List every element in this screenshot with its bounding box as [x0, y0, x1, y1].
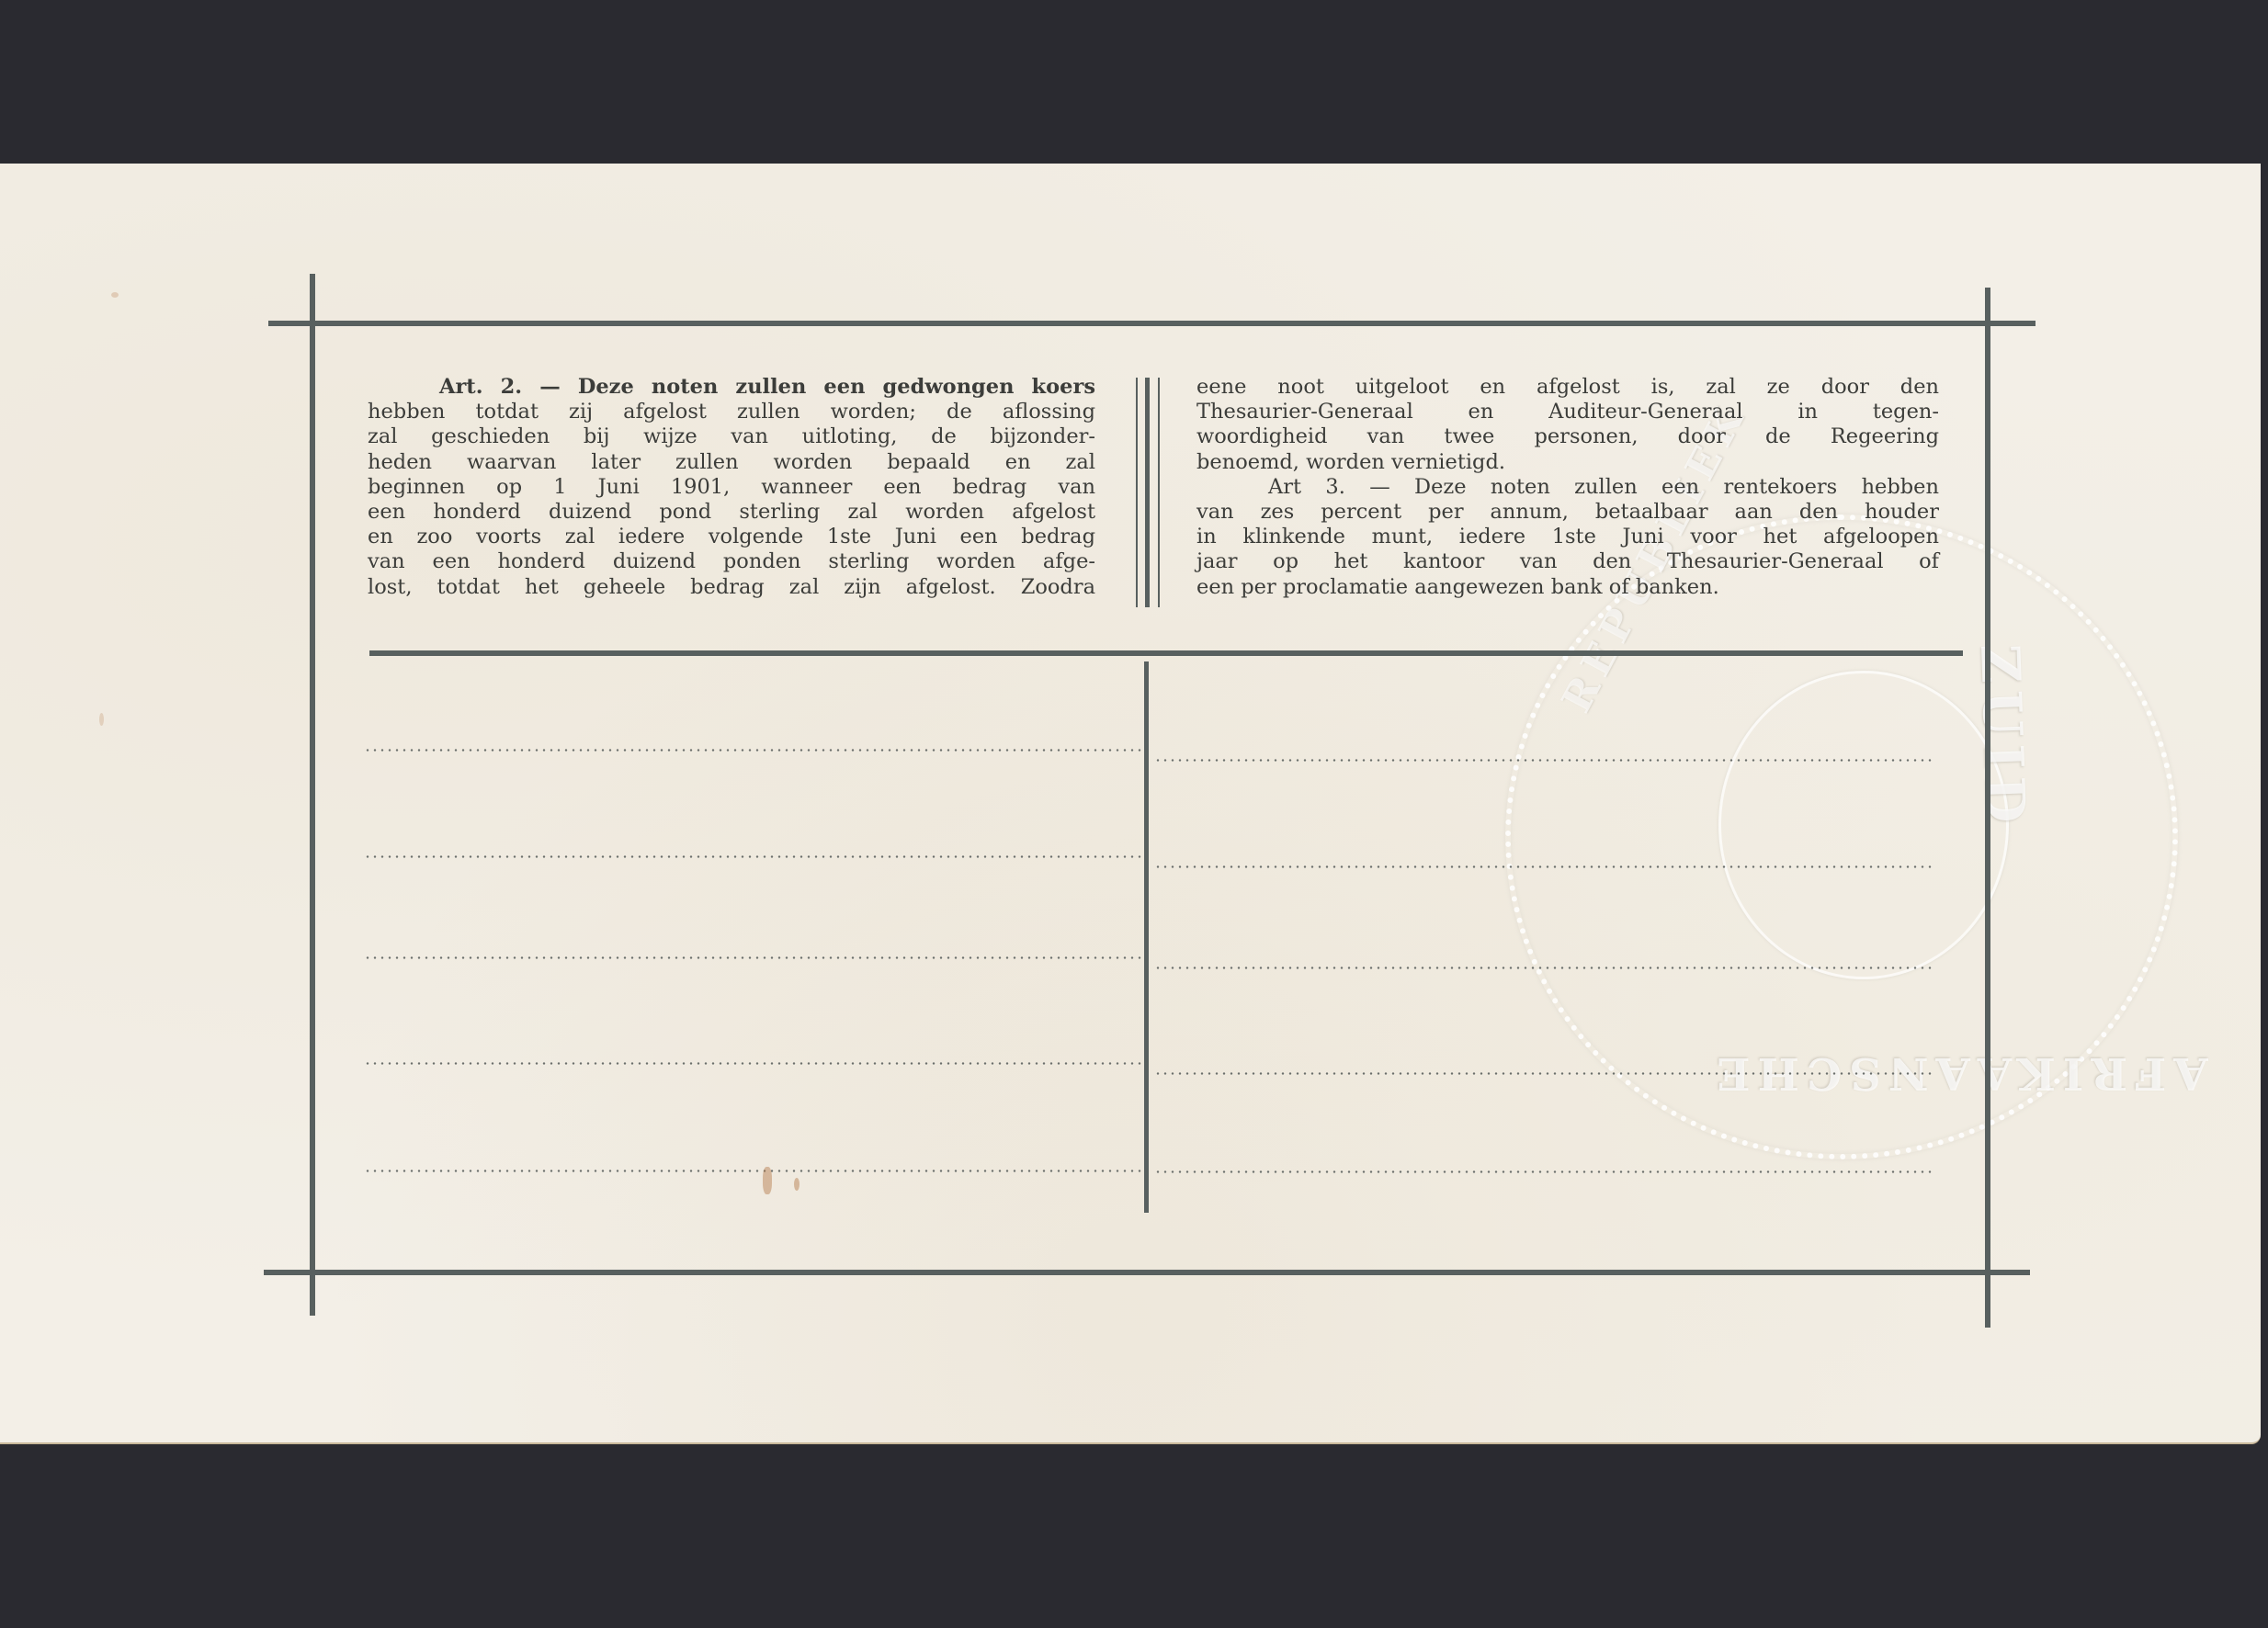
entry-line-left-5[interactable]: [364, 1170, 1141, 1172]
article-2-line: hebben totdat zij afgelost zullen worden…: [368, 400, 1095, 424]
entry-line-right-3[interactable]: [1154, 967, 1933, 969]
entry-line-right-5[interactable]: [1154, 1170, 1933, 1173]
article-2-line: een honderd duizend pond sterling zal wo…: [368, 500, 1095, 525]
article-2-line: zal geschieden bij wijze van uitloting, …: [368, 424, 1095, 449]
entry-line-left-3[interactable]: [364, 956, 1141, 959]
article-2-line: heden waarvan later zullen worden bepaal…: [368, 450, 1095, 475]
article-2-cont-line: Thesaurier-Generaal en Auditeur-Generaal…: [1196, 400, 1939, 424]
entry-line-left-1[interactable]: [364, 749, 1141, 752]
article-2-line: van een honderd duizend ponden sterling …: [368, 549, 1095, 574]
article-2-line: en zoo voorts zal iedere volgende 1ste J…: [368, 525, 1095, 549]
ink-stain-dot: [794, 1178, 799, 1191]
column-separator-thin-left: [1136, 378, 1138, 607]
article-2-continuation: eene noot uitgeloot en afgelost is, zal …: [1196, 375, 1939, 600]
form-top-rule: [369, 650, 1963, 656]
article-2-line: lost, totdat het geheele bedrag zal zijn…: [368, 575, 1095, 600]
article-3-line: van zes percent per annum, betaalbaar aa…: [1196, 500, 1939, 525]
embossed-seal-coat-of-arms: [1718, 671, 2009, 979]
article-2-line: beginnen op 1 Juni 1901, wanneer een bed…: [368, 475, 1095, 500]
article-2-heading: Art. 2. — Deze noten zullen een gedwonge…: [439, 375, 1095, 399]
article-2-text: Art. 2. — Deze noten zullen een gedwonge…: [368, 375, 1095, 600]
article-3-line: Art 3. — Deze noten zullen een rentekoer…: [1196, 475, 1939, 500]
seal-text-top-right: ZUID: [1968, 643, 2037, 831]
scan-stage: ZUID AFRIKAANSCHE REPUBLIEK Art. 2. — De…: [0, 0, 2268, 1628]
column-separator-thick: [1145, 378, 1150, 607]
ink-stain-mark: [763, 1167, 772, 1194]
entry-line-left-2[interactable]: [364, 855, 1141, 858]
article-3-line: in klinkende munt, iedere 1ste Juni voor…: [1196, 525, 1939, 549]
article-2-line: Art. 2. — Deze noten zullen een gedwonge…: [368, 375, 1095, 400]
paper-foxing-spot: [99, 713, 104, 726]
entry-line-right-4[interactable]: [1154, 1072, 1933, 1075]
entry-line-right-2[interactable]: [1154, 865, 1933, 868]
frame-right-rule: [1985, 288, 1990, 1328]
article-2-cont-line: woordigheid van twee personen, door de R…: [1196, 424, 1939, 449]
entry-line-right-1[interactable]: [1154, 759, 1933, 762]
form-center-divider: [1144, 661, 1149, 1213]
paper-foxing-spot: [111, 292, 119, 298]
frame-left-rule: [310, 274, 315, 1316]
frame-top-rule: [268, 321, 2036, 326]
article-2-cont-line: benoemd, worden vernietigd.: [1196, 450, 1939, 475]
column-separator-thin-right: [1158, 378, 1160, 607]
article-2-cont-line: eene noot uitgeloot en afgelost is, zal …: [1196, 375, 1939, 400]
article-3-line: jaar op het kantoor van den Thesaurier-G…: [1196, 549, 1939, 574]
article-3-line: een per proclamatie aangewezen bank of b…: [1196, 575, 1939, 600]
frame-bottom-rule: [264, 1270, 2030, 1275]
entry-line-left-4[interactable]: [364, 1062, 1141, 1065]
